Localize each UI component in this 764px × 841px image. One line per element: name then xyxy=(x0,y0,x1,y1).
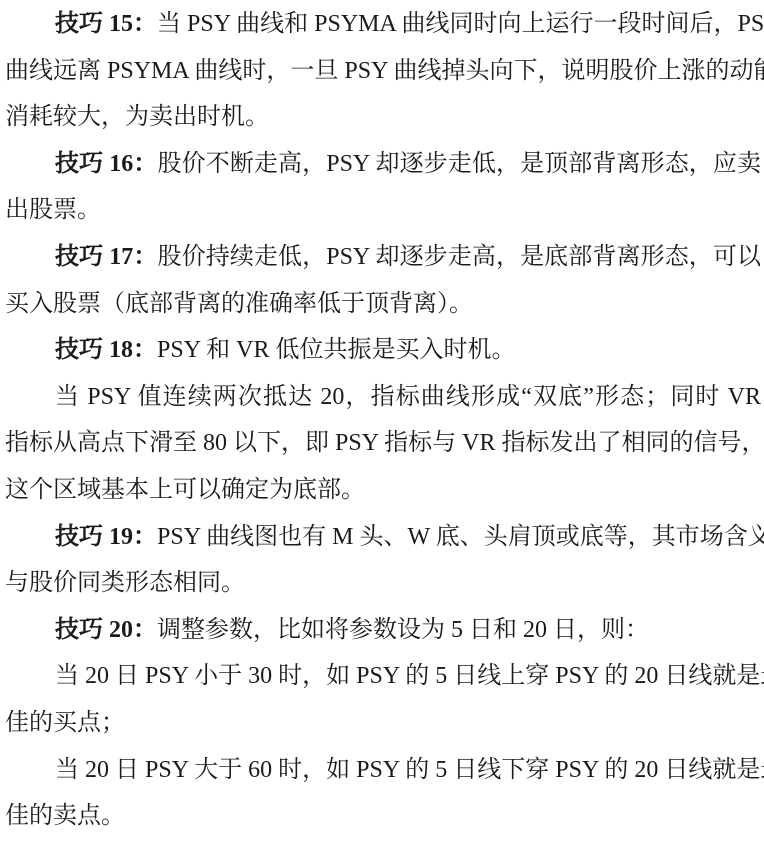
tip-label: 技巧 20： xyxy=(55,617,157,643)
tip-label: 技巧 16： xyxy=(55,151,158,177)
text-line: 曲线远离 PSYMA 曲线时，一旦 PSY 曲线掉头向下，说明股价上涨的动能 xyxy=(5,48,761,95)
text-line: 买入股票（底部背离的准确率低于顶背离）。 xyxy=(5,281,761,328)
line-text: 指标从高点下滑至 80 以下，即 PSY 指标与 VR 指标发出了相同的信号， xyxy=(5,430,764,456)
line-text: 与股价同类形态相同。 xyxy=(5,570,245,596)
line-text: 当 20 日 PSY 大于 60 时，如 PSY 的 5 日线下穿 PSY 的 … xyxy=(55,757,764,783)
line-text: 买入股票（底部背离的准确率低于顶背离）。 xyxy=(5,291,473,317)
line-text: 曲线远离 PSYMA 曲线时，一旦 PSY 曲线掉头向下，说明股价上涨的动能 xyxy=(5,58,764,84)
line-text: 当 PSY 值连续两次抵达 20，指标曲线形成“双底”形态；同时 VR xyxy=(55,384,761,410)
line-text: 当 PSY 曲线和 PSYMA 曲线同时向上运行一段时间后，PSY xyxy=(157,11,764,37)
text-line: 当 20 日 PSY 大于 60 时，如 PSY 的 5 日线下穿 PSY 的 … xyxy=(5,747,761,794)
text-line: 技巧 20：调整参数，比如将参数设为 5 日和 20 日，则： xyxy=(5,607,761,654)
text-line: 技巧 15：当 PSY 曲线和 PSYMA 曲线同时向上运行一段时间后，PSY xyxy=(5,1,761,48)
tip-label: 技巧 15： xyxy=(55,11,157,37)
text-line: 佳的卖点。 xyxy=(5,793,761,840)
line-text: 这个区域基本上可以确定为底部。 xyxy=(5,477,365,503)
text-line: 消耗较大，为卖出时机。 xyxy=(5,94,761,141)
text-line: 当 20 日 PSY 小于 30 时，如 PSY 的 5 日线上穿 PSY 的 … xyxy=(5,653,761,700)
scanned-book-page: 技巧 15：当 PSY 曲线和 PSYMA 曲线同时向上运行一段时间后，PSY … xyxy=(0,0,764,841)
text-line: 技巧 18：PSY 和 VR 低位共振是买入时机。 xyxy=(5,327,761,374)
line-text: 股价持续走低，PSY 却逐步走高，是底部背离形态，可以 xyxy=(158,244,761,270)
line-text: 出股票。 xyxy=(5,197,101,223)
line-text: 当 20 日 PSY 小于 30 时，如 PSY 的 5 日线上穿 PSY 的 … xyxy=(55,663,764,689)
text-line: 佳的买点； xyxy=(5,700,761,747)
tip-label: 技巧 17： xyxy=(55,244,158,270)
line-text: 佳的买点； xyxy=(5,710,125,736)
text-line: 指标从高点下滑至 80 以下，即 PSY 指标与 VR 指标发出了相同的信号， xyxy=(5,420,761,467)
text-line: 这个区域基本上可以确定为底部。 xyxy=(5,467,761,514)
line-text: 股价不断走高，PSY 却逐步走低，是顶部背离形态，应卖 xyxy=(158,151,761,177)
text-line: 与股价同类形态相同。 xyxy=(5,560,761,607)
tip-label: 技巧 18： xyxy=(55,337,157,363)
line-text: 佳的卖点。 xyxy=(5,803,125,829)
line-text: PSY 和 VR 低位共振是买入时机。 xyxy=(157,337,515,363)
text-line: 出股票。 xyxy=(5,187,761,234)
line-text: 调整参数，比如将参数设为 5 日和 20 日，则： xyxy=(157,617,649,643)
tip-label: 技巧 19： xyxy=(55,524,157,550)
text-line: 技巧 19：PSY 曲线图也有 M 头、W 底、头肩顶或底等，其市场含义 xyxy=(5,514,761,561)
text-line: 当 PSY 值连续两次抵达 20，指标曲线形成“双底”形态；同时 VR xyxy=(5,374,761,421)
line-text: PSY 曲线图也有 M 头、W 底、头肩顶或底等，其市场含义 xyxy=(157,524,764,550)
line-text: 消耗较大，为卖出时机。 xyxy=(5,104,269,130)
text-line: 技巧 17：股价持续走低，PSY 却逐步走高，是底部背离形态，可以 xyxy=(5,234,761,281)
text-line: 技巧 16：股价不断走高，PSY 却逐步走低，是顶部背离形态，应卖 xyxy=(5,141,761,188)
